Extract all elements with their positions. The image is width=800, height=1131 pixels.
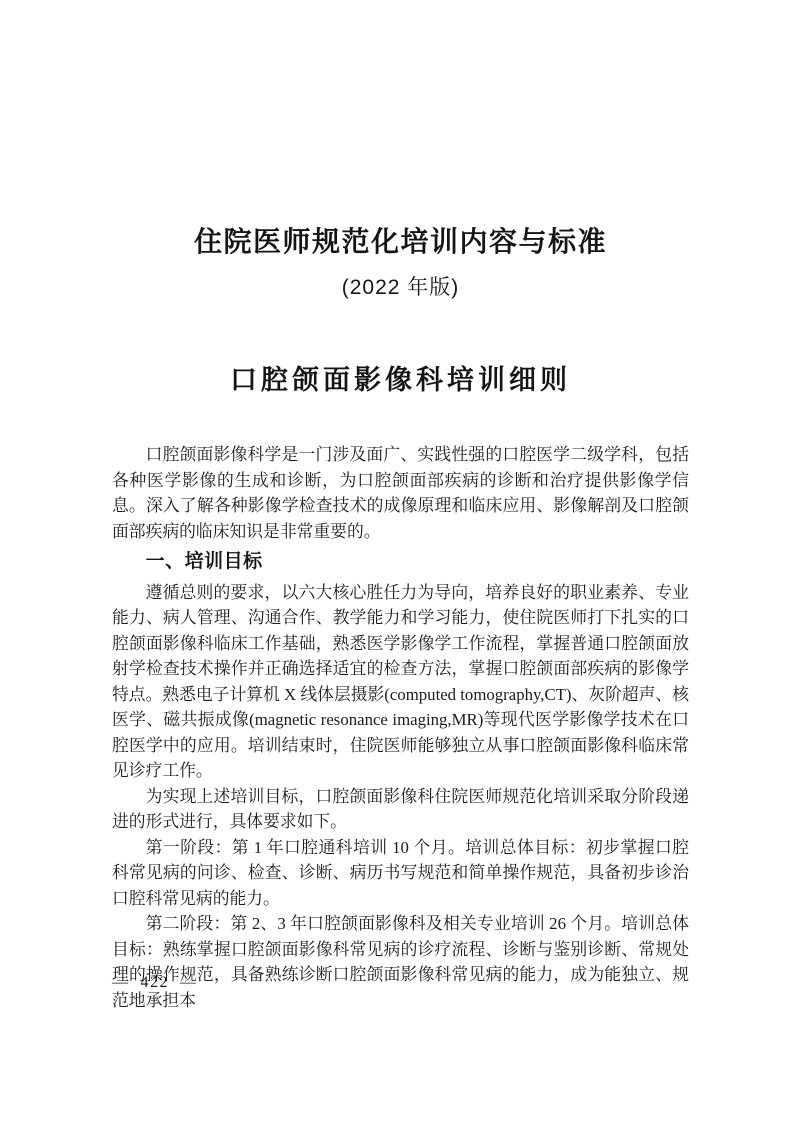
document-title: 住院医师规范化培训内容与标准: [112, 226, 689, 260]
paragraph-intro: 口腔颌面影像科学是一门涉及面广、实践性强的口腔医学二级学科，包括各种医学影像的生…: [112, 442, 689, 544]
paragraph-stages-overview: 为实现上述培训目标，口腔颌面影像科住院医师规范化培训采取分阶段递进的形式进行，具…: [112, 784, 689, 835]
edition-subtitle: (2022 年版): [112, 275, 689, 300]
document-body: 口腔颌面影像科学是一门涉及面广、实践性强的口腔医学二级学科，包括各种医学影像的生…: [112, 442, 689, 1013]
document-page: 住院医师规范化培训内容与标准 (2022 年版) 口腔颌面影像科培训细则 口腔颌…: [0, 0, 800, 1131]
paragraph-stage-two: 第二阶段：第 2、3 年口腔颌面影像科及相关专业培训 26 个月。培训总体目标：…: [112, 911, 689, 1013]
paragraph-stage-one: 第一阶段：第 1 年口腔通科培训 10 个月。培训总体目标：初步掌握口腔科常见病…: [112, 835, 689, 912]
heading-training-objectives: 一、培训目标: [112, 549, 689, 575]
page-number: — 422 —: [112, 974, 198, 992]
page-content: 住院医师规范化培训内容与标准 (2022 年版) 口腔颌面影像科培训细则 口腔颌…: [112, 0, 689, 1013]
section-title: 口腔颌面影像科培训细则: [112, 364, 689, 396]
paragraph-objectives: 遵循总则的要求，以六大核心胜任力为导向，培养良好的职业素养、专业能力、病人管理、…: [112, 580, 689, 784]
